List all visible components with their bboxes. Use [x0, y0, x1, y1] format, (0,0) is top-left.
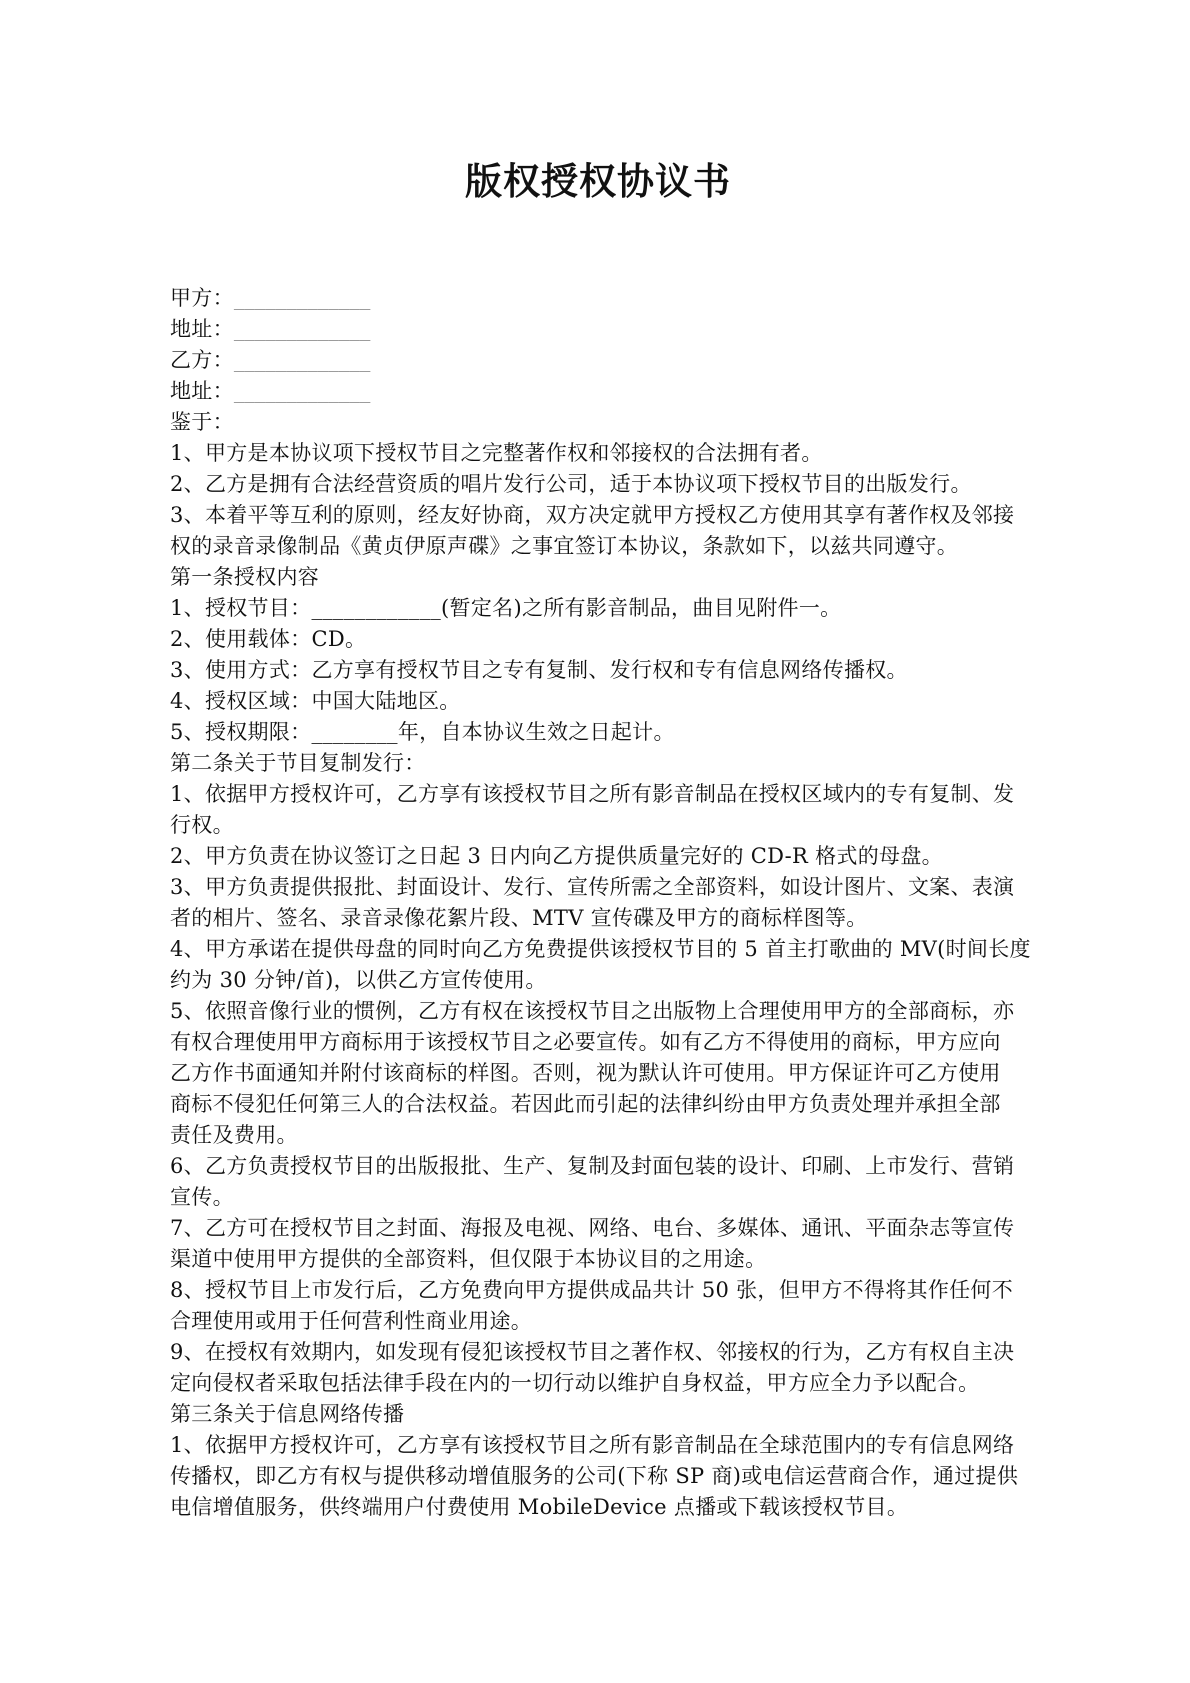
- document-line: 5、授权期限：________年，自本协议生效之日起计。: [170, 717, 1050, 748]
- document-line: 3、使用方式：乙方享有授权节目之专有复制、发行权和专有信息网络传播权。: [170, 655, 1050, 686]
- document-line: 8、授权节目上市发行后，乙方免费向甲方提供成品共计 50 张，但甲方不得将其作任…: [170, 1275, 1050, 1306]
- document-line: 鉴于：: [170, 407, 1050, 438]
- document-line: 2、使用载体：CD。: [170, 624, 1050, 655]
- document-line: 者的相片、签名、录音录像花絮片段、MTV 宣传碟及甲方的商标样图等。: [170, 903, 1050, 934]
- field-label: 乙方：: [170, 348, 234, 372]
- document-line: 商标不侵犯任何第三人的合法权益。若因此而引起的法律纠纷由甲方负责处理并承担全部: [170, 1089, 1050, 1120]
- field-blank: _____________: [234, 379, 371, 403]
- document-line: 2、乙方是拥有合法经营资质的唱片发行公司，适于本协议项下授权节目的出版发行。: [170, 469, 1050, 500]
- document-line: 宣传。: [170, 1182, 1050, 1213]
- document-line: 第二条关于节目复制发行：: [170, 748, 1050, 779]
- field-row: 地址：_____________: [170, 376, 1050, 407]
- document-line: 5、依照音像行业的惯例，乙方有权在该授权节目之出版物上合理使用甲方的全部商标，亦: [170, 996, 1050, 1027]
- document-line: 有权合理使用甲方商标用于该授权节目之必要宣传。如有乙方不得使用的商标，甲方应向: [170, 1027, 1050, 1058]
- document-page: 版权授权协议书 甲方：_____________地址：_____________…: [0, 0, 1190, 1683]
- body-text-section: 鉴于：1、甲方是本协议项下授权节目之完整著作权和邻接权的合法拥有者。2、乙方是拥…: [170, 407, 1050, 1523]
- document-line: 约为 30 分钟/首)，以供乙方宣传使用。: [170, 965, 1050, 996]
- field-blank: _____________: [234, 348, 371, 372]
- field-row: 地址：_____________: [170, 314, 1050, 345]
- field-blank: _____________: [234, 317, 371, 341]
- document-line: 4、甲方承诺在提供母盘的同时向乙方免费提供该授权节目的 5 首主打歌曲的 MV(…: [170, 934, 1050, 965]
- field-row: 乙方：_____________: [170, 345, 1050, 376]
- document-line: 3、甲方负责提供报批、封面设计、发行、宣传所需之全部资料，如设计图片、文案、表演: [170, 872, 1050, 903]
- document-line: 2、甲方负责在协议签订之日起 3 日内向乙方提供质量完好的 CD-R 格式的母盘…: [170, 841, 1050, 872]
- field-label: 甲方：: [170, 286, 234, 310]
- document-line: 第一条授权内容: [170, 562, 1050, 593]
- field-label: 地址：: [170, 317, 234, 341]
- document-line: 电信增值服务，供终端用户付费使用 MobileDevice 点播或下载该授权节目…: [170, 1492, 1050, 1523]
- fields-section: 甲方：_____________地址：_____________乙方：_____…: [170, 283, 1050, 407]
- document-line: 乙方作书面通知并附付该商标的样图。否则，视为默认许可使用。甲方保证许可乙方使用: [170, 1058, 1050, 1089]
- document-line: 6、乙方负责授权节目的出版报批、生产、复制及封面包装的设计、印刷、上市发行、营销: [170, 1151, 1050, 1182]
- document-line: 9、在授权有效期内，如发现有侵犯该授权节目之著作权、邻接权的行为，乙方有权自主决: [170, 1337, 1050, 1368]
- document-line: 定向侵权者采取包括法律手段在内的一切行动以维护自身权益，甲方应全力予以配合。: [170, 1368, 1050, 1399]
- document-line: 第三条关于信息网络传播: [170, 1399, 1050, 1430]
- field-label: 地址：: [170, 379, 234, 403]
- document-line: 1、授权节目：____________(暂定名)之所有影音制品，曲目见附件一。: [170, 593, 1050, 624]
- document-line: 3、本着平等互利的原则，经友好协商，双方决定就甲方授权乙方使用其享有著作权及邻接: [170, 500, 1050, 531]
- document-line: 行权。: [170, 810, 1050, 841]
- document-line: 7、乙方可在授权节目之封面、海报及电视、网络、电台、多媒体、通讯、平面杂志等宣传: [170, 1213, 1050, 1244]
- document-line: 责任及费用。: [170, 1120, 1050, 1151]
- document-line: 1、依据甲方授权许可，乙方享有该授权节目之所有影音制品在全球范围内的专有信息网络: [170, 1430, 1050, 1461]
- document-line: 权的录音录像制品《黄贞伊原声碟》之事宜签订本协议，条款如下，以兹共同遵守。: [170, 531, 1050, 562]
- document-line: 传播权，即乙方有权与提供移动增值服务的公司(下称 SP 商)或电信运营商合作，通…: [170, 1461, 1050, 1492]
- document-title: 版权授权协议书: [170, 153, 1026, 209]
- document-line: 1、依据甲方授权许可，乙方享有该授权节目之所有影音制品在授权区域内的专有复制、发: [170, 779, 1050, 810]
- document-line: 合理使用或用于任何营利性商业用途。: [170, 1306, 1050, 1337]
- document-line: 4、授权区域：中国大陆地区。: [170, 686, 1050, 717]
- field-row: 甲方：_____________: [170, 283, 1050, 314]
- document-body: 甲方：_____________地址：_____________乙方：_____…: [170, 283, 1050, 1523]
- field-blank: _____________: [234, 286, 371, 310]
- document-line: 1、甲方是本协议项下授权节目之完整著作权和邻接权的合法拥有者。: [170, 438, 1050, 469]
- document-line: 渠道中使用甲方提供的全部资料，但仅限于本协议目的之用途。: [170, 1244, 1050, 1275]
